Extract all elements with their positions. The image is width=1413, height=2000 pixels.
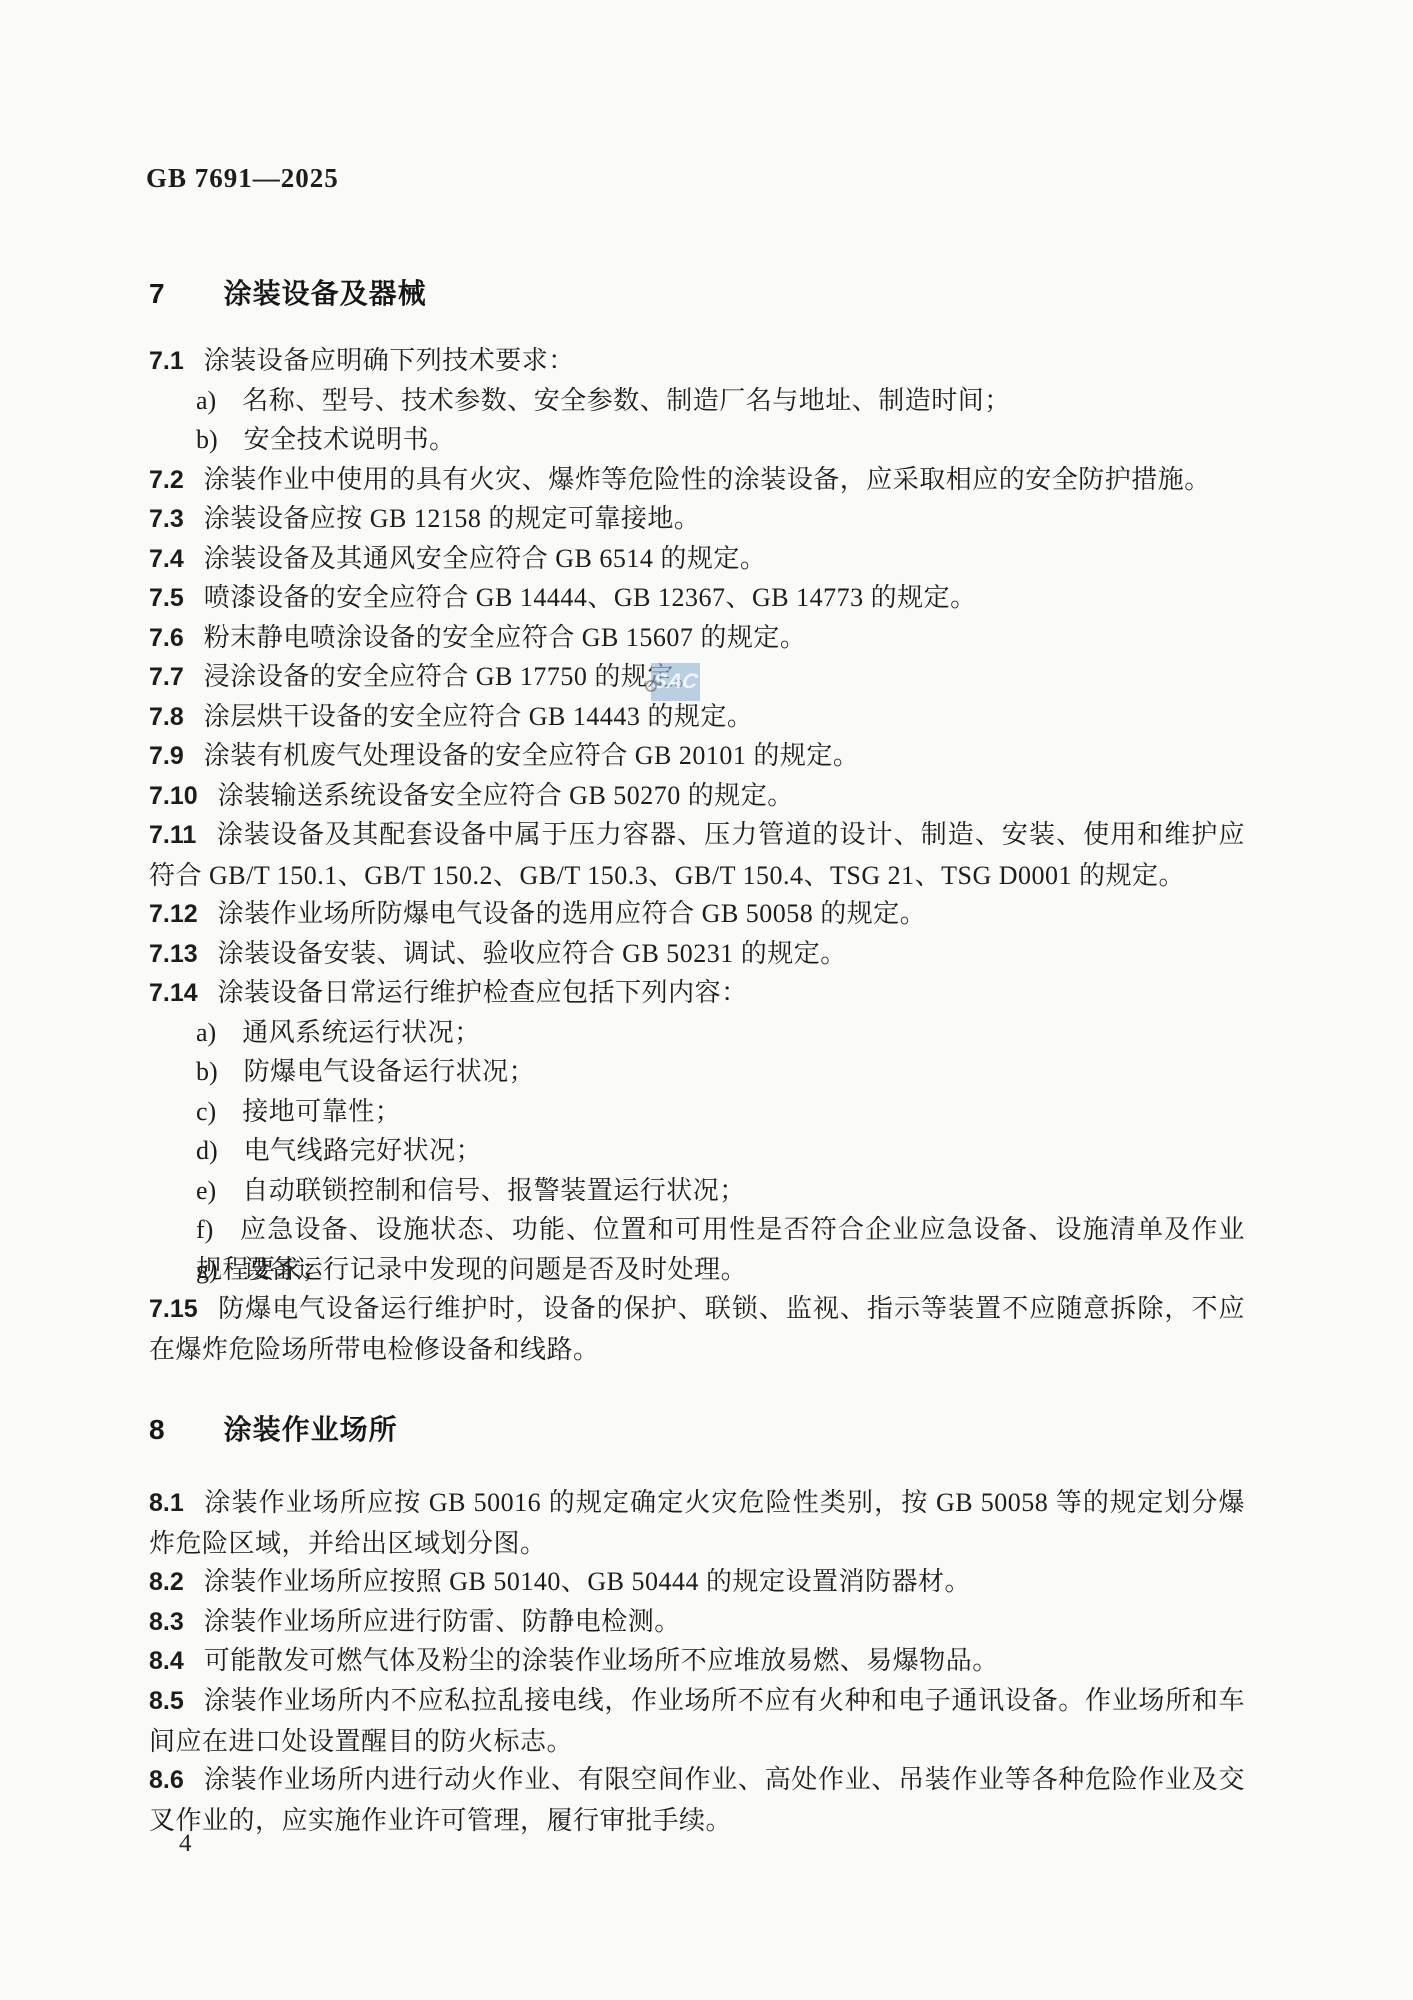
clause-text: 涂装设备及其通风安全应符合 GB 6514 的规定。 <box>204 544 767 573</box>
item-label: c) <box>196 1097 216 1126</box>
clause-number: 7.7 <box>149 663 184 691</box>
clause-7-5: 7.5喷漆设备的安全应符合 GB 14444、GB 12367、GB 14773… <box>149 578 1245 619</box>
item-text: 防爆电气设备运行状况； <box>244 1057 536 1086</box>
item-7-14-b: b)防爆电气设备运行状况； <box>149 1052 1245 1092</box>
clause-number: 7.8 <box>149 703 184 731</box>
clause-text: 涂装作业场所防爆电气设备的选用应符合 GB 50058 的规定。 <box>218 899 927 928</box>
section-8-number: 8 <box>149 1414 166 1445</box>
clause-7-10: 7.10涂装输送系统设备安全应符合 GB 50270 的规定。 <box>149 776 1245 817</box>
clause-7-1: 7.1涂装设备应明确下列技术要求： <box>149 341 1245 382</box>
clause-text: 涂装输送系统设备安全应符合 GB 50270 的规定。 <box>218 781 794 810</box>
item-text: 安全技术说明书。 <box>244 425 456 454</box>
clause-8-2: 8.2涂装作业场所应按照 GB 50140、GB 50444 的规定设置消防器材… <box>149 1562 1245 1603</box>
item-label: a) <box>196 1018 216 1047</box>
clause-text: 涂装作业场所内不应私拉乱接电线，作业场所不应有火种和电子通讯设备。作业场所和车间… <box>149 1686 1245 1756</box>
watermark-circle-icon <box>645 680 657 692</box>
clause-7-12: 7.12涂装作业场所防爆电气设备的选用应符合 GB 50058 的规定。 <box>149 894 1245 935</box>
section-8-heading: 8涂装作业场所 <box>149 1408 398 1448</box>
clause-7-3: 7.3涂装设备应按 GB 12158 的规定可靠接地。 <box>149 499 1245 540</box>
clause-text: 可能散发可燃气体及粉尘的涂装作业场所不应堆放易燃、易爆物品。 <box>204 1646 999 1675</box>
clause-text: 涂装作业场所应按照 GB 50140、GB 50444 的规定设置消防器材。 <box>204 1567 971 1596</box>
clause-7-4: 7.4涂装设备及其通风安全应符合 GB 6514 的规定。 <box>149 539 1245 580</box>
clause-7-11: 7.11涂装设备及其配套设备中属于压力容器、压力管道的设计、制造、安装、使用和维… <box>149 815 1245 895</box>
item-text: 电气线路完好状况； <box>244 1136 483 1165</box>
clause-number: 7.5 <box>149 584 184 612</box>
clause-number: 8.4 <box>149 1647 184 1675</box>
clause-number: 7.12 <box>149 900 198 928</box>
clause-number: 7.10 <box>149 782 198 810</box>
clause-number: 8.2 <box>149 1568 184 1596</box>
clause-text: 涂装作业场所应按 GB 50016 的规定确定火灾危险性类别，按 GB 5005… <box>149 1488 1245 1558</box>
item-label: d) <box>196 1136 218 1165</box>
clause-8-3: 8.3涂装作业场所应进行防雷、防静电检测。 <box>149 1602 1245 1643</box>
clause-8-6: 8.6涂装作业场所内进行动火作业、有限空间作业、高处作业、吊装作业等各种危险作业… <box>149 1760 1245 1840</box>
clause-text: 涂装设备及其配套设备中属于压力容器、压力管道的设计、制造、安装、使用和维护应符合… <box>149 820 1245 890</box>
page-number: 4 <box>179 1830 192 1858</box>
section-7-heading: 7涂装设备及器械 <box>149 272 427 312</box>
sac-watermark-icon: SAC <box>651 663 700 701</box>
clause-number: 7.11 <box>149 821 196 849</box>
clause-text: 浸涂设备的安全应符合 GB 17750 的规定。 <box>204 662 701 691</box>
clause-text: 喷漆设备的安全应符合 GB 14444、GB 12367、GB 14773 的规… <box>204 583 977 612</box>
item-7-1-a: a)名称、型号、技术参数、安全参数、制造厂名与地址、制造时间； <box>149 381 1245 421</box>
section-8-title: 涂装作业场所 <box>224 1414 398 1445</box>
clause-text: 涂装有机废气处理设备的安全应符合 GB 20101 的规定。 <box>204 741 860 770</box>
item-7-14-d: d)电气线路完好状况； <box>149 1131 1245 1171</box>
clause-7-8: 7.8涂层烘干设备的安全应符合 GB 14443 的规定。 <box>149 697 1245 738</box>
clause-text: 涂装设备安装、调试、验收应符合 GB 50231 的规定。 <box>218 939 847 968</box>
clause-text: 涂装设备应明确下列技术要求： <box>204 346 575 375</box>
clause-number: 7.9 <box>149 742 184 770</box>
clause-8-5: 8.5涂装作业场所内不应私拉乱接电线，作业场所不应有火种和电子通讯设备。作业场所… <box>149 1681 1245 1761</box>
item-label: b) <box>196 1057 218 1086</box>
clause-7-2: 7.2涂装作业中使用的具有火灾、爆炸等危险性的涂装设备，应采取相应的安全防护措施… <box>149 460 1245 501</box>
clause-text: 防爆电气设备运行维护时，设备的保护、联锁、监视、指示等装置不应随意拆除，不应在爆… <box>149 1294 1245 1364</box>
item-label: a) <box>196 386 216 415</box>
clause-number: 8.3 <box>149 1608 184 1636</box>
clause-number: 8.1 <box>149 1489 184 1517</box>
clause-text: 涂层烘干设备的安全应符合 GB 14443 的规定。 <box>204 702 754 731</box>
clause-number: 7.6 <box>149 624 184 652</box>
item-7-14-g: g)设备运行记录中发现的问题是否及时处理。 <box>149 1250 1245 1290</box>
clause-number: 7.2 <box>149 466 184 494</box>
clause-7-15: 7.15防爆电气设备运行维护时，设备的保护、联锁、监视、指示等装置不应随意拆除，… <box>149 1289 1245 1369</box>
item-7-1-b: b)安全技术说明书。 <box>149 420 1245 460</box>
clause-text: 涂装作业场所应进行防雷、防静电检测。 <box>204 1607 681 1636</box>
clause-text: 涂装设备应按 GB 12158 的规定可靠接地。 <box>204 504 701 533</box>
clause-number: 7.1 <box>149 347 184 375</box>
item-label: b) <box>196 425 218 454</box>
clause-number: 7.4 <box>149 545 184 573</box>
clause-number: 7.14 <box>149 979 198 1007</box>
item-text: 名称、型号、技术参数、安全参数、制造厂名与地址、制造时间； <box>242 386 1011 415</box>
item-label: g) <box>196 1255 218 1284</box>
clause-text: 涂装作业场所内进行动火作业、有限空间作业、高处作业、吊装作业等各种危险作业及交叉… <box>149 1765 1245 1835</box>
clause-7-9: 7.9涂装有机废气处理设备的安全应符合 GB 20101 的规定。 <box>149 736 1245 777</box>
clause-number: 7.15 <box>149 1295 198 1323</box>
clause-text: 粉末静电喷涂设备的安全应符合 GB 15607 的规定。 <box>204 623 807 652</box>
clause-number: 8.6 <box>149 1766 184 1794</box>
item-label: e) <box>196 1176 216 1205</box>
doc-code: GB 7691—2025 <box>146 163 339 194</box>
item-text: 设备运行记录中发现的问题是否及时处理。 <box>244 1255 748 1284</box>
item-text: 通风系统运行状况； <box>242 1018 481 1047</box>
clause-8-1: 8.1涂装作业场所应按 GB 50016 的规定确定火灾危险性类别，按 GB 5… <box>149 1483 1245 1563</box>
clause-number: 7.13 <box>149 940 198 968</box>
item-label: f) <box>196 1215 213 1244</box>
standard-document-page: GB 7691—2025 7涂装设备及器械 7.1涂装设备应明确下列技术要求： … <box>0 0 1413 2000</box>
clause-number: 8.5 <box>149 1687 184 1715</box>
clause-number: 7.3 <box>149 505 184 533</box>
clause-text: 涂装设备日常运行维护检查应包括下列内容： <box>218 978 748 1007</box>
sac-watermark-text: SAC <box>651 670 700 694</box>
clause-7-6: 7.6粉末静电喷涂设备的安全应符合 GB 15607 的规定。 <box>149 618 1245 659</box>
item-7-14-c: c)接地可靠性； <box>149 1092 1245 1132</box>
section-7-number: 7 <box>149 278 166 309</box>
item-7-14-a: a)通风系统运行状况； <box>149 1013 1245 1053</box>
clause-8-4: 8.4可能散发可燃气体及粉尘的涂装作业场所不应堆放易燃、易爆物品。 <box>149 1641 1245 1682</box>
item-text: 接地可靠性； <box>242 1097 401 1126</box>
clause-7-14: 7.14涂装设备日常运行维护检查应包括下列内容： <box>149 973 1245 1014</box>
item-text: 自动联锁控制和信号、报警装置运行状况； <box>242 1176 746 1205</box>
item-7-14-e: e)自动联锁控制和信号、报警装置运行状况； <box>149 1171 1245 1211</box>
clause-7-13: 7.13涂装设备安装、调试、验收应符合 GB 50231 的规定。 <box>149 934 1245 975</box>
section-7-title: 涂装设备及器械 <box>224 278 427 309</box>
clause-text: 涂装作业中使用的具有火灾、爆炸等危险性的涂装设备，应采取相应的安全防护措施。 <box>204 465 1211 494</box>
